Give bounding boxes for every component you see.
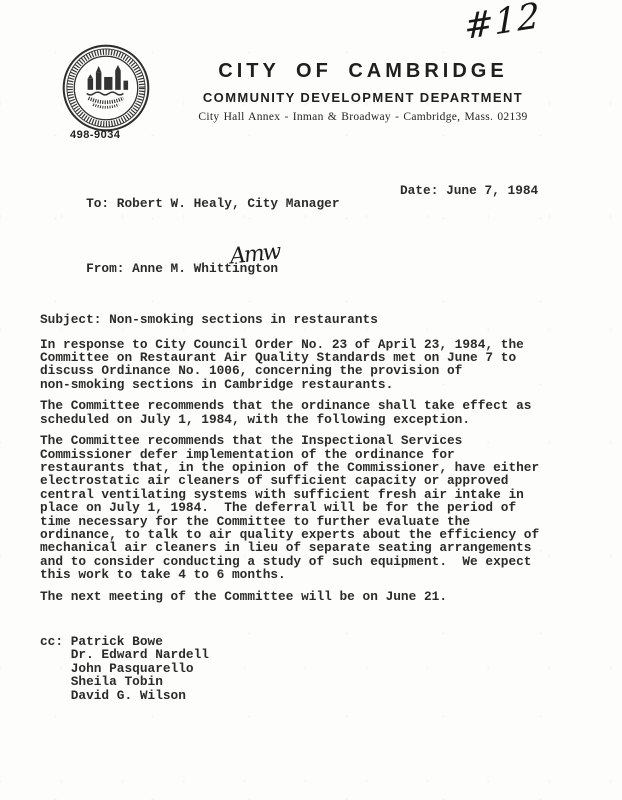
memo-paragraph-3: The Committee recommends that the Inspec…: [40, 434, 600, 581]
memo-paragraph-2: The Committee recommends that the ordina…: [40, 399, 600, 426]
city-seal-icon: [60, 42, 152, 134]
memo-page: #12 498-9034 CITY OF CAMBRIDGE COMMUNITY…: [0, 0, 622, 800]
memo-to: To: Robert W. Healy, City Manager: [86, 196, 339, 211]
memo-body: To: Robert W. Healy, City Manager Date: …: [40, 184, 600, 702]
memo-subject: Subject: Non-smoking sections in restaur…: [40, 313, 600, 326]
from-line: From: Anne M. Whittington Amw: [40, 249, 600, 303]
letterhead-title: CITY OF CAMBRIDGE: [180, 60, 546, 83]
memo-paragraph-1: In response to City Council Order No. 23…: [40, 338, 600, 392]
handwritten-number: #12: [464, 0, 541, 48]
letterhead-department: COMMUNITY DEVELOPMENT DEPARTMENT: [180, 90, 546, 105]
letterhead: CITY OF CAMBRIDGE COMMUNITY DEVELOPMENT …: [180, 60, 546, 123]
cc-list: cc: Patrick Bowe Dr. Edward Nardell John…: [40, 635, 600, 702]
memo-paragraph-4: The next meeting of the Committee will b…: [40, 590, 600, 603]
to-date-line: To: Robert W. Healy, City Manager Date: …: [40, 184, 600, 238]
letterhead-address: City Hall Annex - Inman & Broadway - Cam…: [180, 111, 546, 123]
memo-date: Date: June 7, 1984: [400, 184, 538, 197]
signature-initials: Amw: [229, 241, 281, 268]
letterhead-phone: 498-9034: [70, 129, 121, 141]
